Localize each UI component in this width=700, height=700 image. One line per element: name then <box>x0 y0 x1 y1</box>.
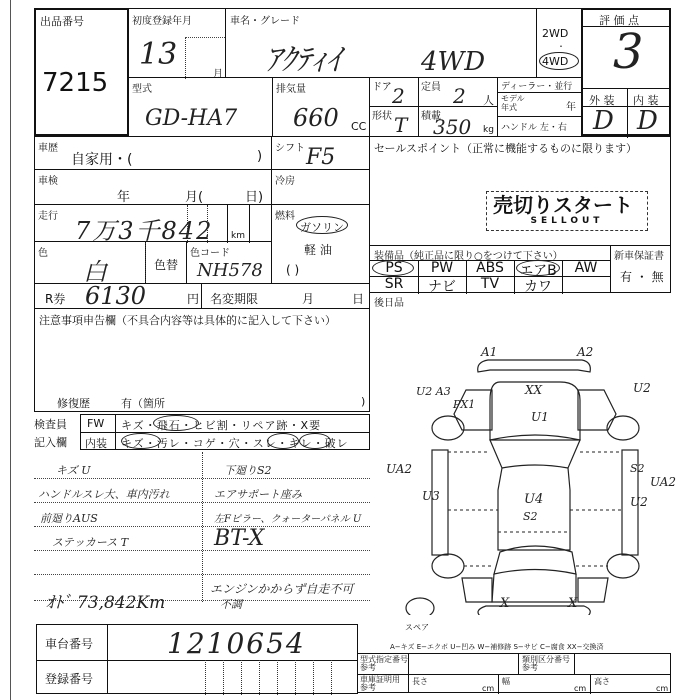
history-box: 車歴 自家用・( ) <box>34 136 272 170</box>
remark-right-3: 左Fピラー、クォーターパネル U <box>214 510 361 525</box>
sellout-stamp: 売切りスタート SELLOUT <box>486 191 648 231</box>
mark-x-rear-left: X <box>500 596 509 611</box>
name-change-box: 名変期限 月 日 <box>201 283 370 309</box>
inspector-label: 検査員 記入欄 <box>34 416 80 450</box>
doors-label: ドア <box>372 78 392 93</box>
fuel-other: ( ) <box>286 263 299 277</box>
car-name: ｱｸﾃｨｲ <box>266 35 341 79</box>
registration-label: 登録番号 <box>45 670 93 687</box>
mileage-box: 走行 7万3千842 km <box>34 204 272 242</box>
mark-x-rear-right: X <box>568 596 577 611</box>
name-change-month: 月 <box>302 290 314 307</box>
shift-value: F5 <box>306 145 335 170</box>
lot-number-label: 出品番号 <box>40 13 84 29</box>
after-items-label: 後日品 <box>374 294 404 309</box>
fuel-box: 燃料 ガソリン 軽 油 ( ) <box>271 204 370 284</box>
fw-label: FW <box>87 417 104 430</box>
category-label: 類別区分番号 参考 <box>522 656 574 672</box>
damage-legend: A−キズ E−エクボ U−凹み W−補修跡 S−サビ C−腐食 XX−交換済 <box>390 642 603 652</box>
fuel-gasoline-circle <box>296 216 348 234</box>
first-registration-box: 初度登録年月 13 月 <box>128 8 226 78</box>
shift-box: シフト F5 <box>271 136 370 170</box>
chassis-label: 車台番号 <box>45 635 93 652</box>
history-value: 自家用・( <box>71 149 132 169</box>
warranty-label: 新車保証書 <box>614 247 664 262</box>
color-label: 色 <box>38 244 48 259</box>
lot-number: 7215 <box>42 68 108 98</box>
remark-left-2: ハンドルスレ大、車内汚れ <box>38 486 170 502</box>
capacity-box: 定員 2 人 <box>418 77 498 107</box>
remark-left-3: 前廻りAUS <box>40 510 98 526</box>
repair-label: 修復歴 <box>57 395 90 411</box>
equipment-box: 装備品（純正品に限り○をつけて下さい） PS PW ABS エアB AW SR … <box>369 245 671 293</box>
chassis-number: 1210654 <box>167 627 306 660</box>
load-unit: kg <box>483 125 494 135</box>
interior-check-label: 内装 <box>85 435 107 451</box>
mark-px1: PX1 <box>453 398 475 411</box>
remark-right-7: 不調 <box>220 596 242 612</box>
color-code-label: 色コード <box>190 244 230 259</box>
mark-u2-a3: U2 A3 <box>416 385 451 398</box>
model-value: GD-HA7 <box>145 106 237 131</box>
handle-label[interactable]: ハンドル 左・右 <box>501 120 567 133</box>
model-box: 型式 GD-HA7 <box>128 77 273 137</box>
capacity-value: 2 <box>453 84 466 108</box>
displacement-value: 660 <box>293 104 339 132</box>
dealer-label[interactable]: ディーラー・並行 <box>501 79 572 92</box>
inspector-table: FW キズ・飛石・ヒビ割・リペア跡・X要 内装 キズ・汚レ・コゲ・穴・スレ・キレ… <box>80 414 370 450</box>
history-label: 車歴 <box>38 139 58 154</box>
name-change-day: 日 <box>352 290 364 307</box>
length-label: 長さ <box>412 676 428 687</box>
recycle-label: R券 <box>45 290 65 307</box>
remark-right-6: エンジンかからず自走不可 <box>210 580 353 597</box>
equip-aw[interactable]: AW <box>562 260 610 276</box>
car-grade: 4WD <box>421 47 485 77</box>
equip-airbag-circle <box>516 260 560 276</box>
score-value: 3 <box>613 24 644 80</box>
displacement-box: 排気量 660 CC <box>272 77 370 137</box>
equip-pw[interactable]: PW <box>418 260 466 276</box>
mark-a2: A2 <box>577 345 593 359</box>
drive-2wd[interactable]: 2WD <box>542 27 568 40</box>
color-code-value: NH578 <box>197 260 263 281</box>
mark-s2-center: S2 <box>523 510 538 523</box>
sales-point-box: セールスポイント（正常に機能するものに限ります） 売切りスタート SELLOUT <box>369 136 671 246</box>
length-unit: cm <box>482 684 494 693</box>
height-unit: cm <box>656 684 668 693</box>
remark-right-1: 下廻りS2 <box>224 462 272 478</box>
remark-right-4: BT-X <box>214 526 264 551</box>
recycle-amount: 6130 <box>85 282 146 310</box>
sellout-stamp-main: 売切りスタート <box>493 194 641 216</box>
dealer-box: ディーラー・並行 モデル年式 年 ハンドル 左・右 <box>497 77 582 137</box>
mark-s2-right: S2 <box>630 462 645 475</box>
mark-u4: U4 <box>524 492 543 507</box>
recycle-box: R券 6130 円 <box>34 283 202 309</box>
model-year-unit: 年 <box>566 98 576 113</box>
equip-tv[interactable]: TV <box>466 276 514 292</box>
height-label: 高さ <box>594 676 610 687</box>
first-registration-year: 13 <box>139 37 177 72</box>
model-label: 型式 <box>132 80 152 95</box>
remark-right-2: エアサポート座み <box>214 486 302 502</box>
first-registration-label: 初度登録年月 <box>132 12 192 27</box>
shift-label: シフト <box>275 139 305 154</box>
inspection-month: 月( <box>185 186 203 205</box>
repair-close: ) <box>361 395 365 408</box>
notes-label: 注意事項申告欄（不具合内容等は具体的に記入して下さい） <box>39 312 336 328</box>
garage-cert-label: 車庫証明用 参考 <box>360 676 408 692</box>
displacement-unit: CC <box>351 120 366 133</box>
mileage-label: 走行 <box>38 207 58 222</box>
width-label: 幅 <box>502 676 510 687</box>
doors-value: 2 <box>392 84 405 108</box>
drive-4wd-circle <box>539 52 579 70</box>
sales-point-label: セールスポイント（正常に機能するものに限ります） <box>374 140 637 156</box>
mileage-unit: km <box>231 231 245 241</box>
history-close: ) <box>257 149 262 164</box>
fuel-diesel[interactable]: 軽 油 <box>304 241 332 258</box>
interior-grade: D <box>637 106 658 136</box>
width-unit: cm <box>574 684 586 693</box>
inspection-label: 車検 <box>38 172 58 187</box>
inspection-day: 日) <box>245 186 263 205</box>
lot-number-box: 出品番号 7215 <box>34 8 129 136</box>
equip-ps-circle <box>372 260 414 276</box>
mark-u1: U1 <box>531 410 549 424</box>
chassis-box: 車台番号 1210654 登録番号 <box>36 624 358 694</box>
inspection-box: 車検 年 月( 日) <box>34 169 272 205</box>
capacity-label: 定員 <box>421 78 441 93</box>
color-code-box: 色コード NH578 <box>186 241 272 284</box>
equip-abs[interactable]: ABS <box>466 260 514 276</box>
remarks-area: キズ U ハンドルスレ大、車内汚れ 前廻りAUS ステッカース T ｵﾄﾞ 73… <box>34 452 370 602</box>
type-spec-label: 型式指定番号 参考 <box>360 656 408 672</box>
fw-items[interactable]: キズ・飛石・ヒビ割・リペア跡・X要 <box>121 417 321 433</box>
after-items-box: 後日品 <box>369 292 671 332</box>
mark-u3: U3 <box>422 489 440 503</box>
remark-left-6: ｵﾄﾞ 73,842Km <box>46 588 165 613</box>
fuel-label: 燃料 <box>275 207 295 222</box>
shape-value: T <box>394 113 407 137</box>
score-box: 評 価 点 3 外 装 内 装 D D <box>581 8 671 136</box>
mark-ua2-left: UA2 <box>386 462 412 476</box>
recycle-unit: 円 <box>187 290 199 307</box>
shape-box: 形状 T <box>369 106 419 137</box>
inspection-year: 年 <box>117 186 130 205</box>
doors-box: ドア 2 <box>369 77 419 107</box>
warranty-options[interactable]: 有 ・ 無 <box>620 268 664 285</box>
equip-sr[interactable]: SR <box>370 276 418 292</box>
repair-value: 有（箇所 <box>121 395 165 411</box>
mark-a1: A1 <box>481 345 497 359</box>
notes-box: 注意事項申告欄（不具合内容等は具体的に記入して下さい） 修復歴 有（箇所 ) <box>34 308 370 412</box>
car-name-box: 車名・グレード ｱｸﾃｨｲ 4WD <box>225 8 537 78</box>
spare-label: スペア <box>405 622 429 633</box>
car-name-label: 車名・グレード <box>230 12 300 27</box>
shape-label: 形状 <box>372 107 392 122</box>
mark-u2-front-right: U2 <box>633 381 651 395</box>
mark-ua2-right: UA2 <box>650 475 676 489</box>
mark-xx: XX <box>525 383 542 397</box>
color-change-label: 色替 <box>154 256 178 273</box>
reference-table: 型式指定番号 参考 類別区分番号 参考 車庫証明用 参考 長さ cm 幅 cm … <box>357 653 671 693</box>
mark-u2-right: U2 <box>630 495 648 509</box>
drive-type-box: 2WD ・ 4WD <box>536 8 582 78</box>
sellout-stamp-sub: SELLOUT <box>493 216 641 226</box>
remark-left-1: キズ U <box>56 462 91 478</box>
ac-box: 冷房 <box>271 169 370 205</box>
exterior-grade: D <box>593 106 614 136</box>
color-change-box: 色替 <box>145 241 187 284</box>
ac-label: 冷房 <box>275 172 295 187</box>
name-change-label: 名変期限 <box>210 290 258 307</box>
model-year-label: モデル年式 <box>501 94 529 112</box>
remark-left-4: ステッカース T <box>52 534 128 550</box>
load-box: 積載 350 kg <box>418 106 498 137</box>
color-box: 色 白 <box>34 241 146 284</box>
displacement-label: 排気量 <box>276 80 306 95</box>
